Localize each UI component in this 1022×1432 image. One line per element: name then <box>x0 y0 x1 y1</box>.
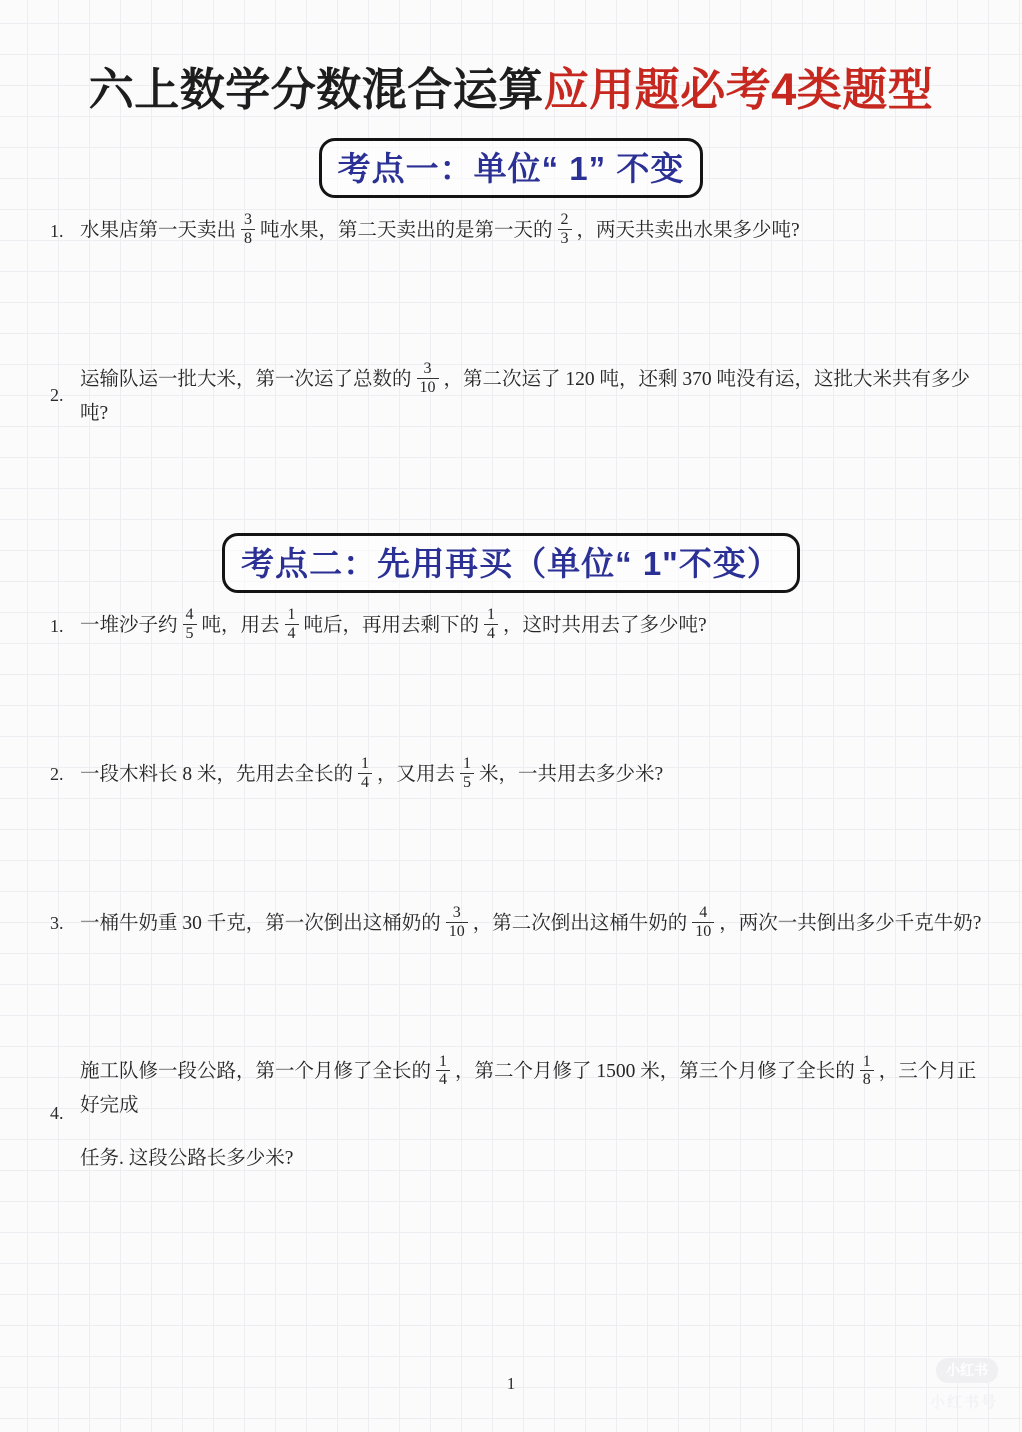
problem-text-line1: 施工队修一段公路，第一个月修了全长的14，第二个月修了 1500 米，第三个月修… <box>80 1061 976 1116</box>
section-1-header: 考点一：单位“ 1” 不变 <box>319 138 704 198</box>
problem-item: 4.施工队修一段公路，第一个月修了全长的14，第二个月修了 1500 米，第三个… <box>50 1055 988 1174</box>
fraction-numerator: 3 <box>421 360 435 378</box>
xiaohongshu-badge-icon: 小红书 <box>936 1358 998 1383</box>
fraction-denominator: 8 <box>241 229 255 248</box>
worksheet-page: 六上数学分数混合运算应用题必考4类题型 考点一：单位“ 1” 不变 1.水果店第… <box>0 0 1022 1432</box>
problem-text: 水果店第一天卖出38吨水果，第二天卖出的是第一天的23，两天共卖出水果多少吨? <box>80 213 988 250</box>
problem-number: 1. <box>50 613 80 641</box>
fraction-denominator: 10 <box>417 378 439 397</box>
fraction-denominator: 4 <box>358 773 372 792</box>
section-2-header: 考点二：先用再买（单位“ 1"不变） <box>222 533 800 593</box>
page-title: 六上数学分数混合运算应用题必考4类题型 <box>20 62 1002 118</box>
page-number: 1 <box>0 1374 1022 1394</box>
problem-text-line2: 任务. 这段公路长多少米? <box>80 1144 988 1174</box>
fraction-denominator: 4 <box>285 624 299 643</box>
problem-number: 2. <box>50 382 80 410</box>
problem-text: 一堆沙子约45吨，用去14吨后，再用去剩下的14，这时共用去了多少吨? <box>80 608 988 645</box>
fraction-numerator: 2 <box>558 211 572 229</box>
problem-text-line1: 水果店第一天卖出38吨水果，第二天卖出的是第一天的23，两天共卖出水果多少吨? <box>80 220 800 241</box>
fraction-numerator: 3 <box>450 904 464 922</box>
fraction-numerator: 1 <box>436 1053 450 1071</box>
problem-text-line1: 一桶牛奶重 30 千克，第一次倒出这桶奶的310，第二次倒出这桶牛奶的410，两… <box>80 913 981 934</box>
fraction-numerator: 1 <box>285 606 299 624</box>
fraction: 310 <box>417 360 439 397</box>
watermark-id-line: 小红书号 <box>930 1391 998 1412</box>
fraction: 23 <box>558 211 572 248</box>
fraction: 18 <box>860 1053 874 1090</box>
fraction-denominator: 4 <box>484 624 498 643</box>
fraction: 14 <box>436 1053 450 1090</box>
problem-item: 2.运输队运一批大米，第一次运了总数的310，第二次运了 120 吨，还剩 37… <box>50 362 988 429</box>
page-title-red: 应用题必考4类题型 <box>544 64 934 115</box>
fraction: 38 <box>241 211 255 248</box>
problem-number: 1. <box>50 218 80 246</box>
problem-number: 3. <box>50 910 80 938</box>
fraction-denominator: 5 <box>183 624 197 643</box>
fraction-numerator: 4 <box>696 904 710 922</box>
fraction-denominator: 10 <box>692 922 714 941</box>
problem-text: 运输队运一批大米，第一次运了总数的310，第二次运了 120 吨，还剩 370 … <box>80 362 988 429</box>
fraction-numerator: 1 <box>358 755 372 773</box>
problem-text: 一段木料长 8 米，先用去全长的14，又用去15米，一共用去多少米? <box>80 757 988 794</box>
section-2-problems: 1.一堆沙子约45吨，用去14吨后，再用去剩下的14，这时共用去了多少吨?2.一… <box>0 608 1022 1174</box>
fraction-denominator: 5 <box>460 773 474 792</box>
fraction: 14 <box>285 606 299 643</box>
problem-item: 1.一堆沙子约45吨，用去14吨后，再用去剩下的14，这时共用去了多少吨? <box>50 608 988 645</box>
fraction-denominator: 8 <box>860 1070 874 1089</box>
fraction-numerator: 1 <box>460 755 474 773</box>
fraction: 15 <box>460 755 474 792</box>
fraction-numerator: 1 <box>860 1053 874 1071</box>
fraction-numerator: 3 <box>241 211 255 229</box>
problem-text: 施工队修一段公路，第一个月修了全长的14，第二个月修了 1500 米，第三个月修… <box>80 1055 988 1174</box>
fraction: 14 <box>358 755 372 792</box>
problem-item: 1.水果店第一天卖出38吨水果，第二天卖出的是第一天的23，两天共卖出水果多少吨… <box>50 213 988 250</box>
fraction-denominator: 4 <box>436 1070 450 1089</box>
problem-item: 2.一段木料长 8 米，先用去全长的14，又用去15米，一共用去多少米? <box>50 757 988 794</box>
fraction-numerator: 4 <box>183 606 197 624</box>
fraction: 45 <box>183 606 197 643</box>
section-1-problems: 1.水果店第一天卖出38吨水果，第二天卖出的是第一天的23，两天共卖出水果多少吨… <box>0 213 1022 429</box>
section-1: 考点一：单位“ 1” 不变 <box>0 138 1022 198</box>
fraction: 14 <box>484 606 498 643</box>
watermark: 小红书 小红书号 <box>930 1358 998 1412</box>
problem-text: 一桶牛奶重 30 千克，第一次倒出这桶奶的310，第二次倒出这桶牛奶的410，两… <box>80 906 988 943</box>
page-title-black: 六上数学分数混合运算 <box>89 64 544 115</box>
fraction: 410 <box>692 904 714 941</box>
fraction-denominator: 10 <box>446 922 468 941</box>
fraction: 310 <box>446 904 468 941</box>
problem-item: 3.一桶牛奶重 30 千克，第一次倒出这桶奶的310，第二次倒出这桶牛奶的410… <box>50 906 988 943</box>
problem-text-line1: 一堆沙子约45吨，用去14吨后，再用去剩下的14，这时共用去了多少吨? <box>80 615 707 636</box>
fraction-numerator: 1 <box>484 606 498 624</box>
problem-number: 2. <box>50 761 80 789</box>
problem-number: 4. <box>50 1100 80 1128</box>
problem-text-line1: 运输队运一批大米，第一次运了总数的310，第二次运了 120 吨，还剩 370 … <box>80 369 970 424</box>
problem-text-line1: 一段木料长 8 米，先用去全长的14，又用去15米，一共用去多少米? <box>80 764 663 785</box>
fraction-denominator: 3 <box>558 229 572 248</box>
section-2: 考点二：先用再买（单位“ 1"不变） <box>0 533 1022 593</box>
